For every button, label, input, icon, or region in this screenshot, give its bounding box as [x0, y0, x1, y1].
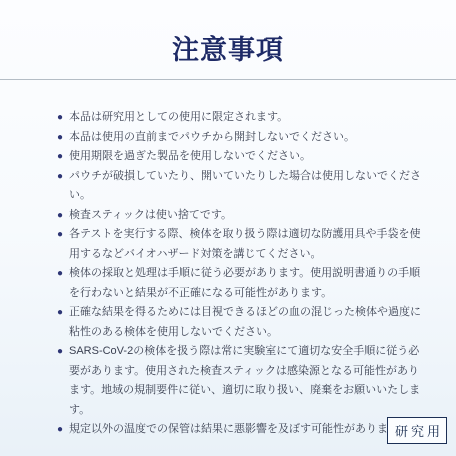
list-item: ● 使用期限を過ぎた製品を使用しないでください。: [57, 147, 423, 167]
bullet-icon: ●: [57, 147, 69, 167]
notice-text: パウチが破損していたり、開いていたりした場合は使用しないでください。: [69, 167, 423, 206]
bullet-icon: ●: [57, 206, 69, 226]
research-use-badge: 研究用: [387, 417, 447, 444]
notice-text: 検体の採取と処理は手順に従う必要があります。使用説明書通りの手順を行わないと結果…: [69, 264, 423, 303]
notice-text: 規定以外の温度での保管は結果に悪影響を及ぼす可能性があります。: [69, 420, 423, 440]
bullet-icon: ●: [57, 342, 69, 362]
bullet-icon: ●: [57, 303, 69, 323]
bullet-icon: ●: [57, 167, 69, 187]
notice-text: SARS-CoV-2の検体を扱う際は常に実験室にて適切な安全手順に従う必要があり…: [69, 342, 423, 420]
bullet-icon: ●: [57, 264, 69, 284]
list-item: ● SARS-CoV-2の検体を扱う際は常に実験室にて適切な安全手順に従う必要が…: [57, 342, 423, 420]
notice-text: 本品は研究用としての使用に限定されます。: [69, 108, 423, 128]
precautions-page: 注意事項 ● 本品は研究用としての使用に限定されます。 ● 本品は使用の直前まで…: [0, 0, 456, 456]
bullet-icon: ●: [57, 128, 69, 148]
list-item: ● 本品は使用の直前までパウチから開封しないでください。: [57, 128, 423, 148]
bullet-icon: ●: [57, 108, 69, 128]
list-item: ● 正確な結果を得るためには目視できるほどの血の混じった検体や過度に粘性のある検…: [57, 303, 423, 342]
list-item: ● 各テストを実行する際、検体を取り扱う際は適切な防護用具や手袋を使用するなどバ…: [57, 225, 423, 264]
notice-text: 各テストを実行する際、検体を取り扱う際は適切な防護用具や手袋を使用するなどバイオ…: [69, 225, 423, 264]
notice-text: 正確な結果を得るためには目視できるほどの血の混じった検体や過度に粘性のある検体を…: [69, 303, 423, 342]
list-item: ● 本品は研究用としての使用に限定されます。: [57, 108, 423, 128]
list-item: ● パウチが破損していたり、開いていたりした場合は使用しないでください。: [57, 167, 423, 206]
bullet-icon: ●: [57, 420, 69, 440]
page-title: 注意事項: [0, 28, 456, 67]
list-item: ● 検体の採取と処理は手順に従う必要があります。使用説明書通りの手順を行わないと…: [57, 264, 423, 303]
bullet-icon: ●: [57, 225, 69, 245]
notice-text: 使用期限を過ぎた製品を使用しないでください。: [69, 147, 423, 167]
list-item: ● 規定以外の温度での保管は結果に悪影響を及ぼす可能性があります。: [57, 420, 423, 440]
list-item: ● 検査スティックは使い捨てです。: [57, 206, 423, 226]
notice-text: 検査スティックは使い捨てです。: [69, 206, 423, 226]
notice-list: ● 本品は研究用としての使用に限定されます。 ● 本品は使用の直前までパウチから…: [57, 108, 423, 440]
header-divider: [0, 79, 456, 80]
notice-text: 本品は使用の直前までパウチから開封しないでください。: [69, 128, 423, 148]
